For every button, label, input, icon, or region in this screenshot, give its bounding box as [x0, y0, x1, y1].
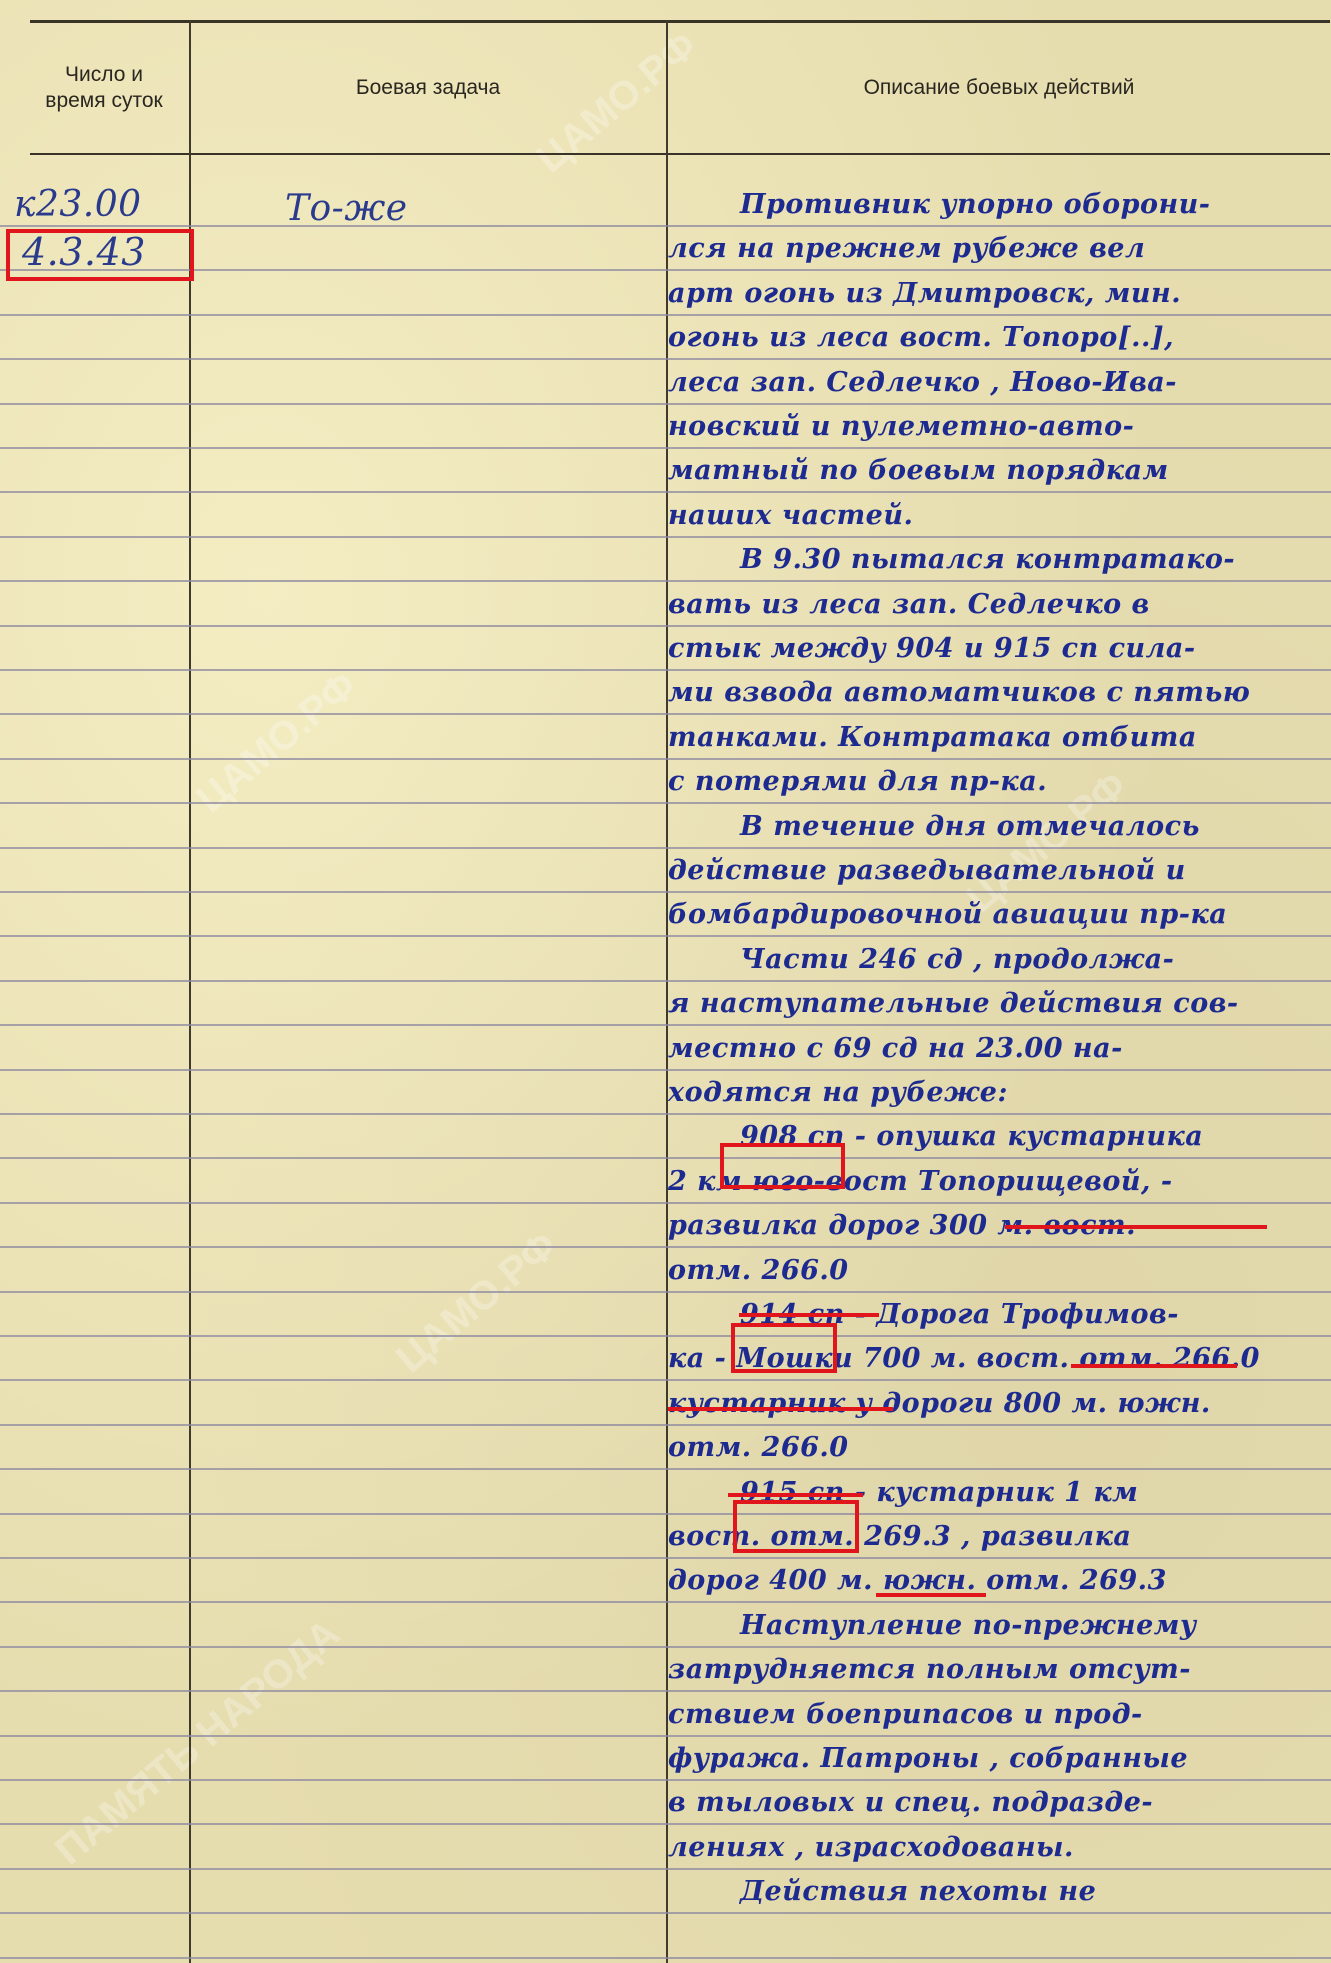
description-line: Противник упорно оборони- [740, 189, 1331, 220]
ruled-line [0, 1379, 1331, 1381]
ruled-line [0, 1868, 1331, 1870]
ruled-line [0, 847, 1331, 849]
ruled-line [0, 758, 1331, 760]
toporishcheva-underline [1005, 1225, 1267, 1229]
ruled-line [0, 1335, 1331, 1337]
ruled-line [0, 802, 1331, 804]
ruled-line [0, 1424, 1331, 1426]
ruled-line [0, 1113, 1331, 1115]
description-line: стык между 904 и 915 сп сила- [668, 633, 1331, 664]
ruled-line [0, 1957, 1331, 1959]
description-line: вать из леса зап. Седлечко в [668, 589, 1331, 620]
description-line: В течение дня отмечалось [740, 811, 1331, 842]
description-line: фуража. Патроны , собранные [668, 1743, 1331, 1774]
ruled-line [0, 1291, 1331, 1293]
regiment-908-highlight [720, 1143, 845, 1189]
ruled-line [0, 1690, 1331, 1692]
ruled-line [0, 1069, 1331, 1071]
ruled-line [0, 1735, 1331, 1737]
description-line: действие разведывательной и [668, 855, 1331, 886]
description-line: наших частей. [668, 500, 1331, 531]
ruled-line [0, 403, 1331, 405]
description-line: ми взвода автоматчиков с пятью [668, 677, 1331, 708]
description-line: я наступательные действия сов- [668, 988, 1331, 1019]
header-description: Описание боевых действий [669, 24, 1329, 176]
description-line: Наступление по-прежнему [740, 1610, 1331, 1641]
ruled-line [0, 1779, 1331, 1781]
ruled-line [0, 314, 1331, 316]
description-line: Действия пехоты не [740, 1876, 1331, 1907]
description-line: танками. Контратака отбита [668, 722, 1331, 753]
description-line: В 9.30 пытался контратако- [740, 544, 1331, 575]
entry-time: к23.00 [14, 184, 142, 225]
ruled-line [0, 580, 1331, 582]
entry-task: То-же [285, 188, 408, 229]
height-266-underline-1 [739, 1313, 879, 1317]
description-line: в тыловых и спец. подразде- [668, 1787, 1331, 1818]
moshki-underline [668, 1407, 893, 1411]
ruled-line [0, 1823, 1331, 1825]
ruled-line [0, 536, 1331, 538]
ruled-line [0, 1646, 1331, 1648]
description-line: леса зап. Седлечко , Ново-Ива- [668, 367, 1331, 398]
ruled-line [0, 980, 1331, 982]
ruled-line [0, 269, 1331, 271]
description-line: лся на прежнем рубеже вел [668, 233, 1331, 264]
trofimovka-underline [1071, 1364, 1237, 1368]
ruled-line [0, 225, 1331, 227]
description-line: местно с 69 сд на 23.00 на- [668, 1033, 1331, 1064]
watermark: ЦАМО.РФ [188, 663, 366, 822]
ruled-line [0, 1024, 1331, 1026]
description-line: ствием боеприпасов и прод- [668, 1699, 1331, 1730]
description-line: с потерями для пр-ка. [668, 766, 1331, 797]
ruled-line [0, 625, 1331, 627]
ruled-line [0, 491, 1331, 493]
column-divider-1 [189, 20, 191, 1963]
ruled-line [0, 1246, 1331, 1248]
header-date-time: Число и время суток [20, 24, 188, 152]
document-page: ЦАМО.РФ ЦАМО.РФ ЦАМО.РФ ЦАМО.РФ ПАМЯТЬ Н… [0, 0, 1331, 1963]
ruled-line [0, 1557, 1331, 1559]
description-line: дорог 400 м. южн. отм. 269.3 [668, 1565, 1331, 1596]
regiment-914-highlight [731, 1323, 837, 1373]
description-line: отм. 266.0 [668, 1255, 1331, 1286]
ruled-line [0, 891, 1331, 893]
description-line: затрудняется полным отсут- [668, 1654, 1331, 1685]
description-line: отм. 266.0 [668, 1432, 1331, 1463]
ruled-line [0, 1468, 1331, 1470]
description-line: новский и пулеметно-авто- [668, 411, 1331, 442]
header-combat-task: Боевая задача [192, 24, 664, 176]
ruled-line [0, 1513, 1331, 1515]
description-line: кустарник у дороги 800 м. южн. [668, 1388, 1331, 1419]
ruled-line [0, 1601, 1331, 1603]
description-line: матный по боевым порядкам [668, 455, 1331, 486]
description-line: ходятся на рубеже: [668, 1077, 1331, 1108]
ruled-line [0, 358, 1331, 360]
description-line: Части 246 сд , продолжа- [740, 944, 1331, 975]
ruled-line [0, 1202, 1331, 1204]
ruled-line [0, 713, 1331, 715]
ruled-line [0, 1912, 1331, 1914]
ruled-line [0, 935, 1331, 937]
description-line: лениях , израсходованы. [668, 1832, 1331, 1863]
description-line: арт огонь из Дмитровск, мин. [668, 278, 1331, 309]
description-line: бомбардировочной авиации пр-ка [668, 899, 1331, 930]
watermark: ПАМЯТЬ НАРОДА [47, 1611, 349, 1874]
ruled-line [0, 447, 1331, 449]
top-rule [30, 20, 1330, 23]
height-266-underline-2 [728, 1493, 863, 1497]
ruled-line [0, 1157, 1331, 1159]
description-line: огонь из леса вост. Топоро[..], [668, 322, 1331, 353]
height-269-underline [876, 1593, 986, 1597]
regiment-915-highlight [733, 1500, 859, 1553]
ruled-line [0, 669, 1331, 671]
date-highlight-box [6, 229, 194, 281]
